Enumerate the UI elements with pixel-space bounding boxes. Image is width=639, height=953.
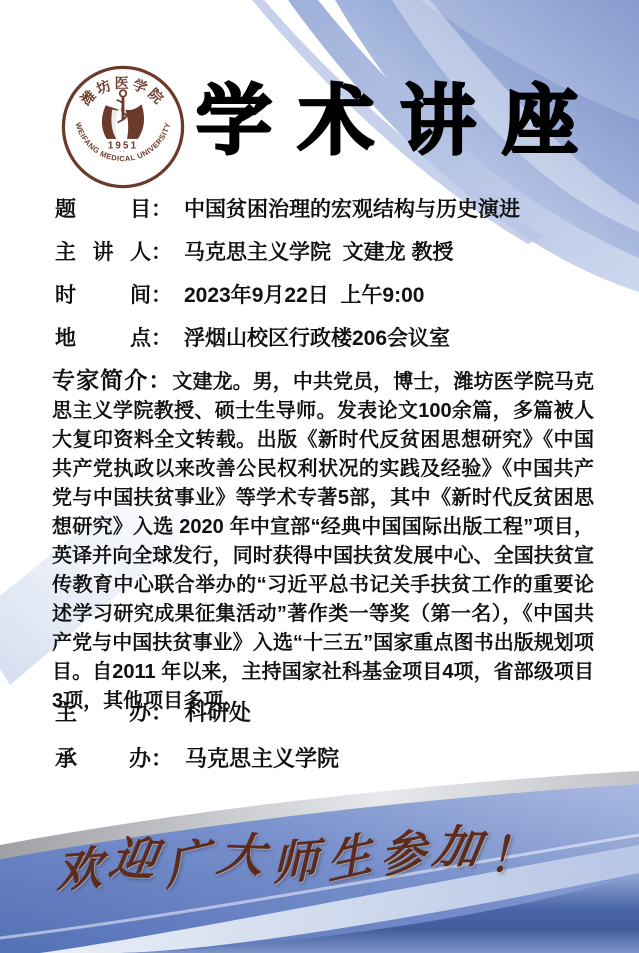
speaker-value: 马克思主义学院 文建龙 教授: [184, 240, 454, 266]
time-label: 时间: [55, 283, 151, 309]
topic-row: 题目： 中国贫困治理的宏观结构与历史演进: [55, 197, 615, 223]
time-value: 2023年9月22日 上午9:00: [184, 283, 424, 309]
speaker-label: 主讲人: [55, 240, 151, 266]
co-organizer-colon: ：: [151, 745, 173, 772]
location-row: 地点： 浮烟山校区行政楼206会议室: [55, 326, 615, 352]
university-logo: 潍坊医学院 WEIFANG MEDICAL UNIVERSITY 1951: [58, 62, 188, 192]
time-row: 时间： 2023年9月22日 上午9:00: [55, 283, 615, 309]
host-value: 科研处: [185, 699, 251, 726]
host-row: 主办： 科研处: [55, 699, 615, 726]
speaker-row: 主讲人： 马克思主义学院 文建龙 教授: [55, 240, 615, 266]
host-colon: ：: [151, 699, 173, 726]
co-organizer-label: 承办: [55, 745, 151, 772]
welcome-message: 欢迎广大师生参加！: [51, 811, 593, 896]
topic-colon: ：: [151, 197, 172, 223]
topic-value: 中国贫困治理的宏观结构与历史演进: [184, 197, 520, 223]
host-label: 主办: [55, 699, 151, 726]
bio-label: 专家简介：: [52, 367, 172, 393]
lecture-poster: 潍坊医学院 WEIFANG MEDICAL UNIVERSITY 1951 学术…: [0, 0, 639, 953]
co-organizer-value: 马克思主义学院: [185, 745, 339, 772]
location-label: 地点: [55, 326, 151, 352]
poster-title: 学术讲座: [196, 84, 626, 160]
speaker-colon: ：: [151, 240, 172, 266]
logo-year: 1951: [108, 141, 138, 152]
lecture-info: 题目： 中国贫困治理的宏观结构与历史演进 主讲人： 马克思主义学院 文建龙 教授…: [55, 197, 615, 369]
topic-label: 题目: [55, 197, 151, 223]
location-colon: ：: [151, 326, 172, 352]
bio-text: 文建龙。男，中共党员，博士，潍坊医学院马克思主义学院教授、硕士生导师。发表论文1…: [52, 371, 594, 712]
time-colon: ：: [151, 283, 172, 309]
expert-bio: 专家简介：文建龙。男，中共党员，博士，潍坊医学院马克思主义学院教授、硕士生导师。…: [52, 366, 594, 716]
co-organizer-row: 承办： 马克思主义学院: [55, 745, 615, 772]
location-value: 浮烟山校区行政楼206会议室: [184, 326, 450, 352]
organizers: 主办： 科研处 承办： 马克思主义学院: [55, 699, 615, 791]
